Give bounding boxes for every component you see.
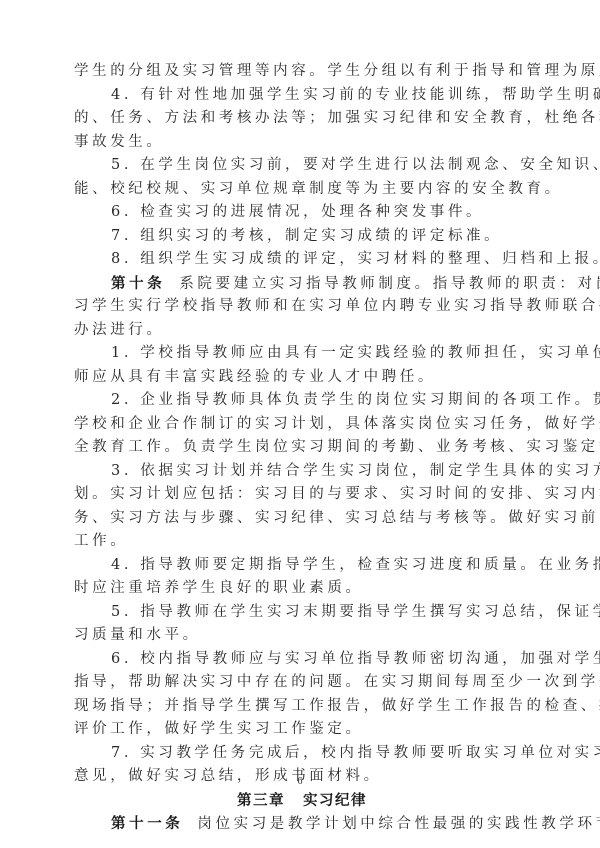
list-item-7: 7. 组织实习的考核，制定实习成绩的评定标准。 (74, 225, 530, 249)
article-11: 第十一条岗位实习是教学计划中综合性最强的实践性教学环节，对 (74, 812, 530, 836)
list-item-6b: 6. 校内指导教师应与实习单位指导教师密切沟通，加强对学生的过程 (74, 648, 530, 672)
text-line: 习学生实行学校指导教师和在实习单位内聘专业实习指导教师联合指导的 (74, 295, 530, 319)
list-item-3: 3. 依据实习计划并结合学生实习岗位，制定学生具体的实习方案和计 (74, 460, 530, 484)
text-line: 全教育工作。负责学生岗位实习期间的考勤、业务考核、实习鉴定等工作。 (74, 436, 530, 460)
text-line: 事故发生。 (74, 131, 530, 155)
page-number: 6 (0, 776, 600, 787)
list-item-1: 1. 学校指导教师应由具有一定实践经验的教师担任，实习单位指导教 (74, 342, 530, 366)
text-line: 现场指导；并指导学生撰写工作报告，做好学生工作报告的检查、批改、 (74, 695, 530, 719)
list-item-4b: 4. 指导教师要定期指导学生，检查实习进度和质量。在业务指导的同 (74, 554, 530, 578)
text-line: 评价工作，做好学生实习工作鉴定。 (74, 718, 530, 742)
list-item-5b: 5. 指导教师在学生实习末期要指导学生撰写实习总结，保证学生的实 (74, 601, 530, 625)
article-label: 第十一条 (111, 815, 183, 832)
text-line: 能、校纪校规、实习单位规章制度等为主要内容的安全教育。 (74, 178, 530, 202)
list-item-8: 8. 组织学生实习成绩的评定，实习材料的整理、归档和上报。 (74, 248, 530, 272)
text-line: 工作。 (74, 530, 530, 554)
list-item-2: 2. 企业指导教师具体负责学生的岗位实习期间的各项工作。贯彻落实 (74, 389, 530, 413)
article-10: 第十条系院要建立实习指导教师制度。指导教师的职责：对岗位实 (74, 272, 530, 296)
text-line: 务、实习方法与步骤、实习纪律、实习总结与考核等。做好实习前的准备 (74, 507, 530, 531)
article-label: 第十条 (111, 275, 165, 292)
list-item-6: 6. 检查实习的进展情况，处理各种突发事件。 (74, 201, 530, 225)
text-line: 划。实习计划应包括：实习目的与要求、实习时间的安排、实习内容与任 (74, 483, 530, 507)
text-line: 习质量和水平。 (74, 624, 530, 648)
document-page: 学生的分组及实习管理等内容。学生分组以有利于指导和管理为原则划分。 4. 有针对… (74, 60, 530, 836)
text-line: 指导，帮助解决实习中存在的问题。在实习期间每周至少一次到学生实习 (74, 671, 530, 695)
list-item-4: 4. 有针对性地加强学生实习前的专业技能训练，帮助学生明确实习目 (74, 84, 530, 108)
list-item-5: 5. 在学生岗位实习前，要对学生进行以法制观念、安全知识、防范技 (74, 154, 530, 178)
text-line: 的、任务、方法和考核办法等；加强实习纪律和安全教育，杜绝各种意外 (74, 107, 530, 131)
chapter-label: 第三章 (237, 792, 285, 809)
list-item-7b: 7. 实习教学任务完成后，校内指导教师要听取实习单位对实习工作的 (74, 742, 530, 766)
chapter-title: 实习纪律 (303, 792, 367, 809)
text-line: 师应从具有丰富实践经验的专业人才中聘任。 (74, 366, 530, 390)
chapter-heading: 第三章实习纪律 (74, 789, 530, 813)
article-text: 系院要建立实习指导教师制度。指导教师的职责：对岗位实 (179, 276, 600, 292)
text-line: 学生的分组及实习管理等内容。学生分组以有利于指导和管理为原则划分。 (74, 60, 530, 84)
text-line: 办法进行。 (74, 319, 530, 343)
text-line: 时应注重培养学生良好的职业素质。 (74, 577, 530, 601)
article-text: 岗位实习是教学计划中综合性最强的实践性教学环节，对 (197, 816, 600, 832)
text-line: 学校和企业合作制订的实习计划，具体落实岗位实习任务，做好学生的安 (74, 413, 530, 437)
